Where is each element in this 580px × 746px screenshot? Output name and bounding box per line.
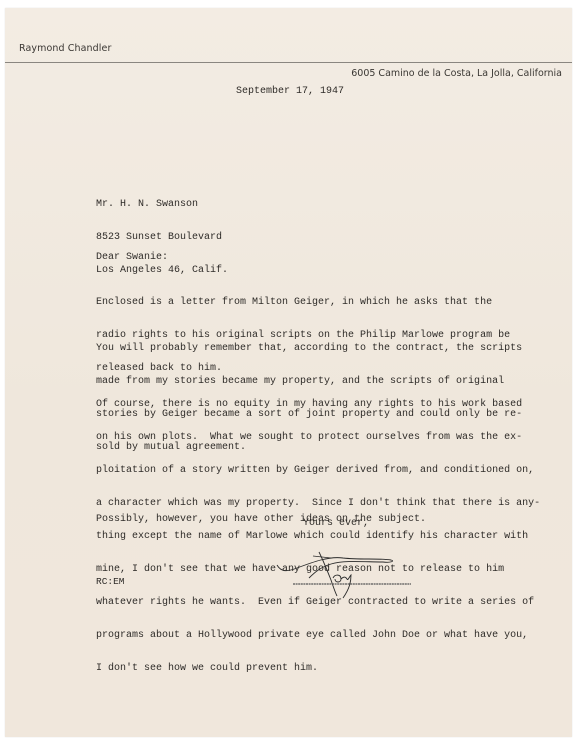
letter-date: September 17, 1947 [236, 86, 344, 97]
signature-icon [273, 548, 413, 608]
body-line: Enclosed is a letter from Milton Geiger,… [96, 297, 510, 308]
closing: Yours ever, [303, 518, 369, 529]
body-line: I don't see how we could prevent him. [96, 663, 540, 674]
body-line: on his own plots. What we sought to prot… [96, 432, 540, 443]
letter-page: Raymond Chandler 6005 Camino de la Costa… [5, 8, 572, 737]
letterhead-rule [5, 62, 572, 63]
body-line: ploitation of a story written by Geiger … [96, 465, 540, 476]
recipient-line: Mr. H. N. Swanson [96, 199, 228, 210]
letterhead-name: Raymond Chandler [19, 43, 112, 54]
recipient-line: 8523 Sunset Boulevard [96, 232, 228, 243]
letterhead-address: 6005 Camino de la Costa, La Jolla, Calif… [351, 68, 562, 79]
salutation: Dear Swanie: [96, 252, 168, 263]
body-line: Of course, there is no equity in my havi… [96, 399, 540, 410]
body-line: Possibly, however, you have other ideas … [96, 514, 426, 525]
body-line: You will probably remember that, accordi… [96, 343, 522, 354]
reference-initials: RC:EM [96, 576, 125, 587]
body-line: programs about a Hollywood private eye c… [96, 630, 540, 641]
paragraph-4: Possibly, however, you have other ideas … [96, 492, 426, 547]
